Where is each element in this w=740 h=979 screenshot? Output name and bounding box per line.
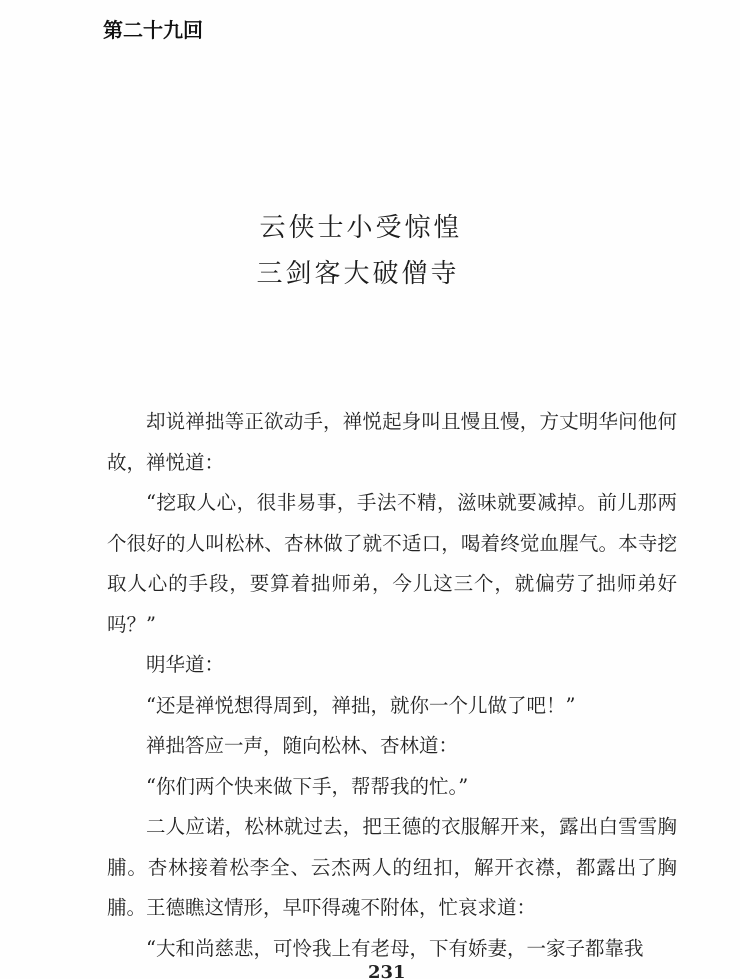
page-number: 231: [368, 962, 406, 979]
chapter-number-heading: 第二十九回: [103, 14, 203, 43]
book-page: 第二十九回 云侠士小受惊惶 三剑客大破僧寺 却说禅拙等正欲动手，禅悦起身叫且慢且…: [0, 0, 740, 979]
paragraph: “挖取人心，很非易事，手法不精，滋味就要减掉。前儿那两个很好的人叫松林、杏林做了…: [107, 483, 677, 645]
paragraph: 明华道：: [107, 645, 677, 686]
paragraph: “还是禅悦想得周到，禅拙，就你一个儿做了吧！”: [107, 686, 677, 727]
paragraph: 禅拙答应一声，随向松林、杏林道：: [107, 726, 677, 767]
chapter-title: 云侠士小受惊惶 三剑客大破僧寺: [0, 205, 740, 297]
paragraph: 二人应诺，松林就过去，把王德的衣服解开来，露出白雪雪胸脯。杏林接着松李全、云杰两…: [107, 807, 677, 929]
paragraph: 却说禅拙等正欲动手，禅悦起身叫且慢且慢，方丈明华问他何故，禅悦道：: [107, 402, 677, 483]
chapter-title-line-1: 云侠士小受惊惶: [0, 205, 740, 251]
chapter-title-line-2: 三剑客大破僧寺: [0, 251, 740, 297]
body-text: 却说禅拙等正欲动手，禅悦起身叫且慢且慢，方丈明华问他何故，禅悦道： “挖取人心，…: [107, 402, 677, 969]
paragraph: “你们两个快来做下手，帮帮我的忙。”: [107, 767, 677, 808]
